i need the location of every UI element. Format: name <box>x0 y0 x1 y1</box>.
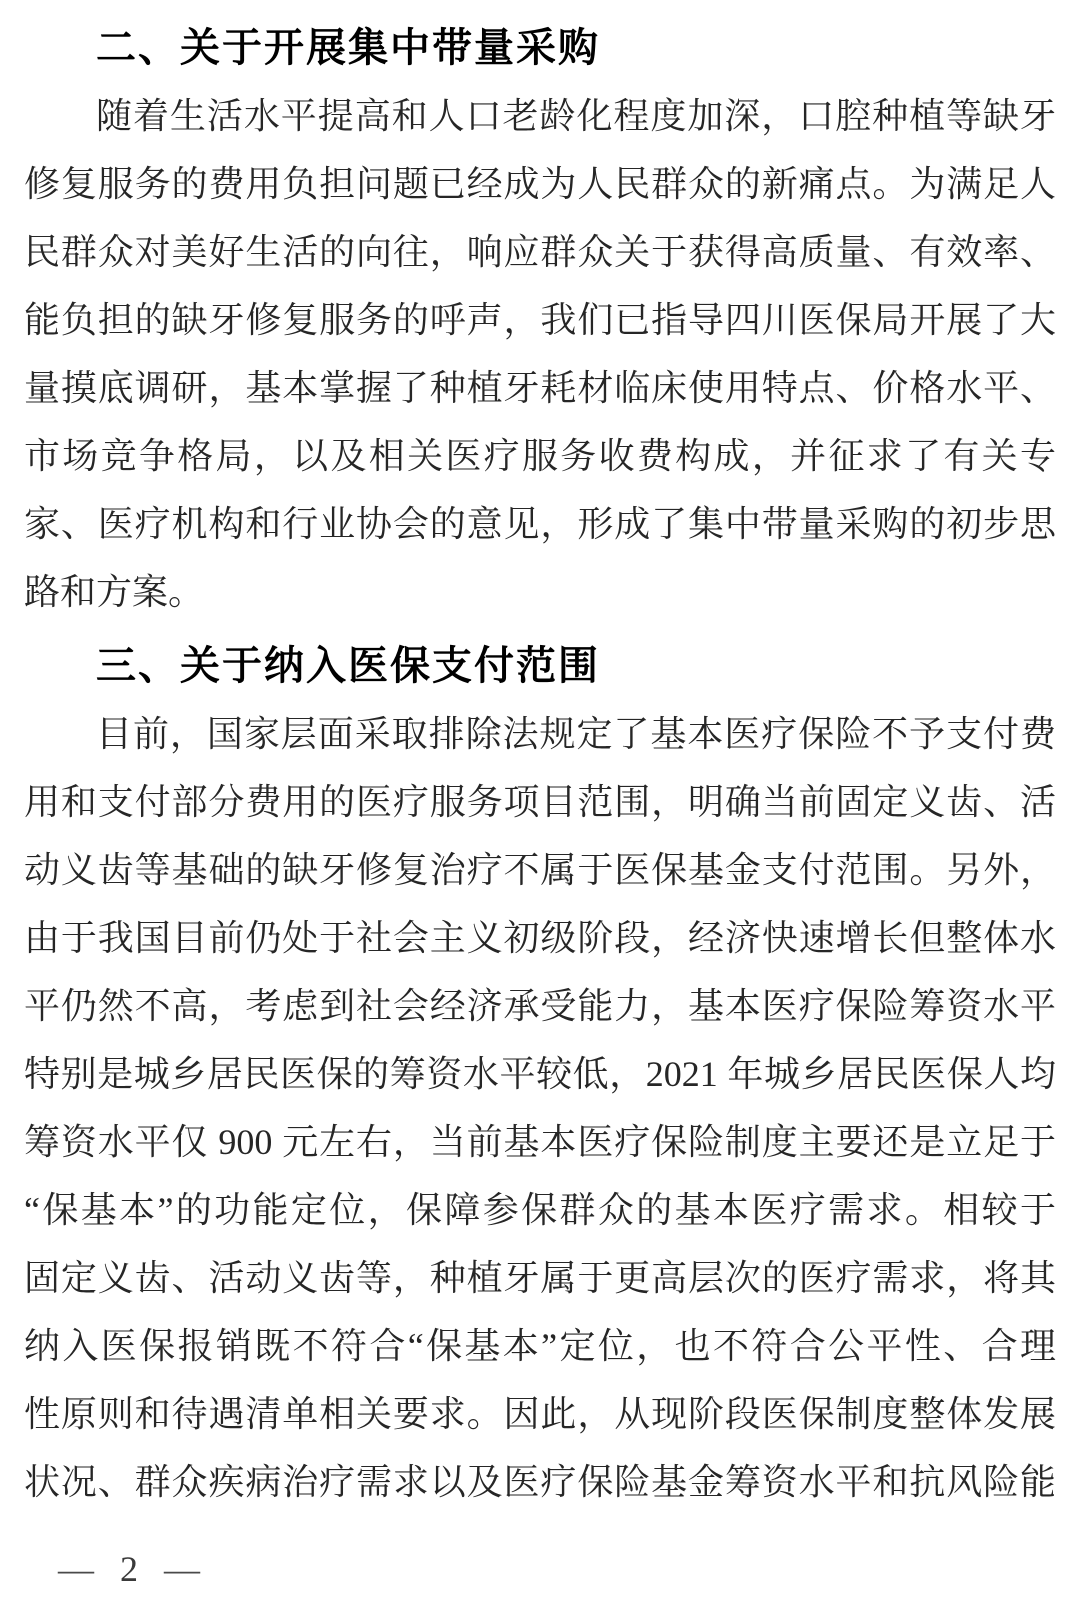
text-line: 市场竞争格局，以及相关医疗服务收费构成，并征求了有关专 <box>24 422 1056 490</box>
section-heading-2: 二、关于开展集中带量采购 <box>24 14 1056 82</box>
text-line: 纳入医保报销既不符合“保基本”定位，也不符合公平性、合理 <box>24 1312 1056 1380</box>
text-line: 路和方案。 <box>24 558 1056 626</box>
section-heading-3: 三、关于纳入医保支付范围 <box>24 632 1056 700</box>
footer-dash-left: — <box>58 1548 94 1590</box>
document-page: 二、关于开展集中带量采购 随着生活水平提高和人口老龄化程度加深，口腔种植等缺牙 … <box>0 0 1080 1609</box>
page-footer: — 2 — <box>58 1548 200 1590</box>
text-line: 民群众对美好生活的向往，响应群众关于获得高质量、有效率、 <box>24 218 1056 286</box>
text-line: 家、医疗机构和行业协会的意见，形成了集中带量采购的初步思 <box>24 490 1056 558</box>
text-line: “保基本”的功能定位，保障参保群众的基本医疗需求。相较于 <box>24 1176 1056 1244</box>
text-line: 固定义齿、活动义齿等，种植牙属于更高层次的医疗需求，将其 <box>24 1244 1056 1312</box>
text-line: 平仍然不高，考虑到社会经济承受能力，基本医疗保险筹资水平 <box>24 972 1056 1040</box>
text-line: 随着生活水平提高和人口老龄化程度加深，口腔种植等缺牙 <box>24 82 1056 150</box>
text-line: 筹资水平仅 900 元左右，当前基本医疗保险制度主要还是立足于 <box>24 1108 1056 1176</box>
text-line: 目前，国家层面采取排除法规定了基本医疗保险不予支付费 <box>24 700 1056 768</box>
text-line: 特别是城乡居民医保的筹资水平较低，2021 年城乡居民医保人均 <box>24 1040 1056 1108</box>
text-line: 能负担的缺牙修复服务的呼声，我们已指导四川医保局开展了大 <box>24 286 1056 354</box>
text-line: 用和支付部分费用的医疗服务项目范围，明确当前固定义齿、活 <box>24 768 1056 836</box>
page-number: 2 <box>120 1548 138 1590</box>
text-line: 量摸底调研，基本掌握了种植牙耗材临床使用特点、价格水平、 <box>24 354 1056 422</box>
text-line: 状况、群众疾病治疗需求以及医疗保险基金筹资水平和抗风险能 <box>24 1448 1056 1516</box>
footer-dash-right: — <box>164 1548 200 1590</box>
text-line: 修复服务的费用负担问题已经成为人民群众的新痛点。为满足人 <box>24 150 1056 218</box>
text-line: 动义齿等基础的缺牙修复治疗不属于医保基金支付范围。另外， <box>24 836 1056 904</box>
text-line: 由于我国目前仍处于社会主义初级阶段，经济快速增长但整体水 <box>24 904 1056 972</box>
text-line: 性原则和待遇清单相关要求。因此，从现阶段医保制度整体发展 <box>24 1380 1056 1448</box>
